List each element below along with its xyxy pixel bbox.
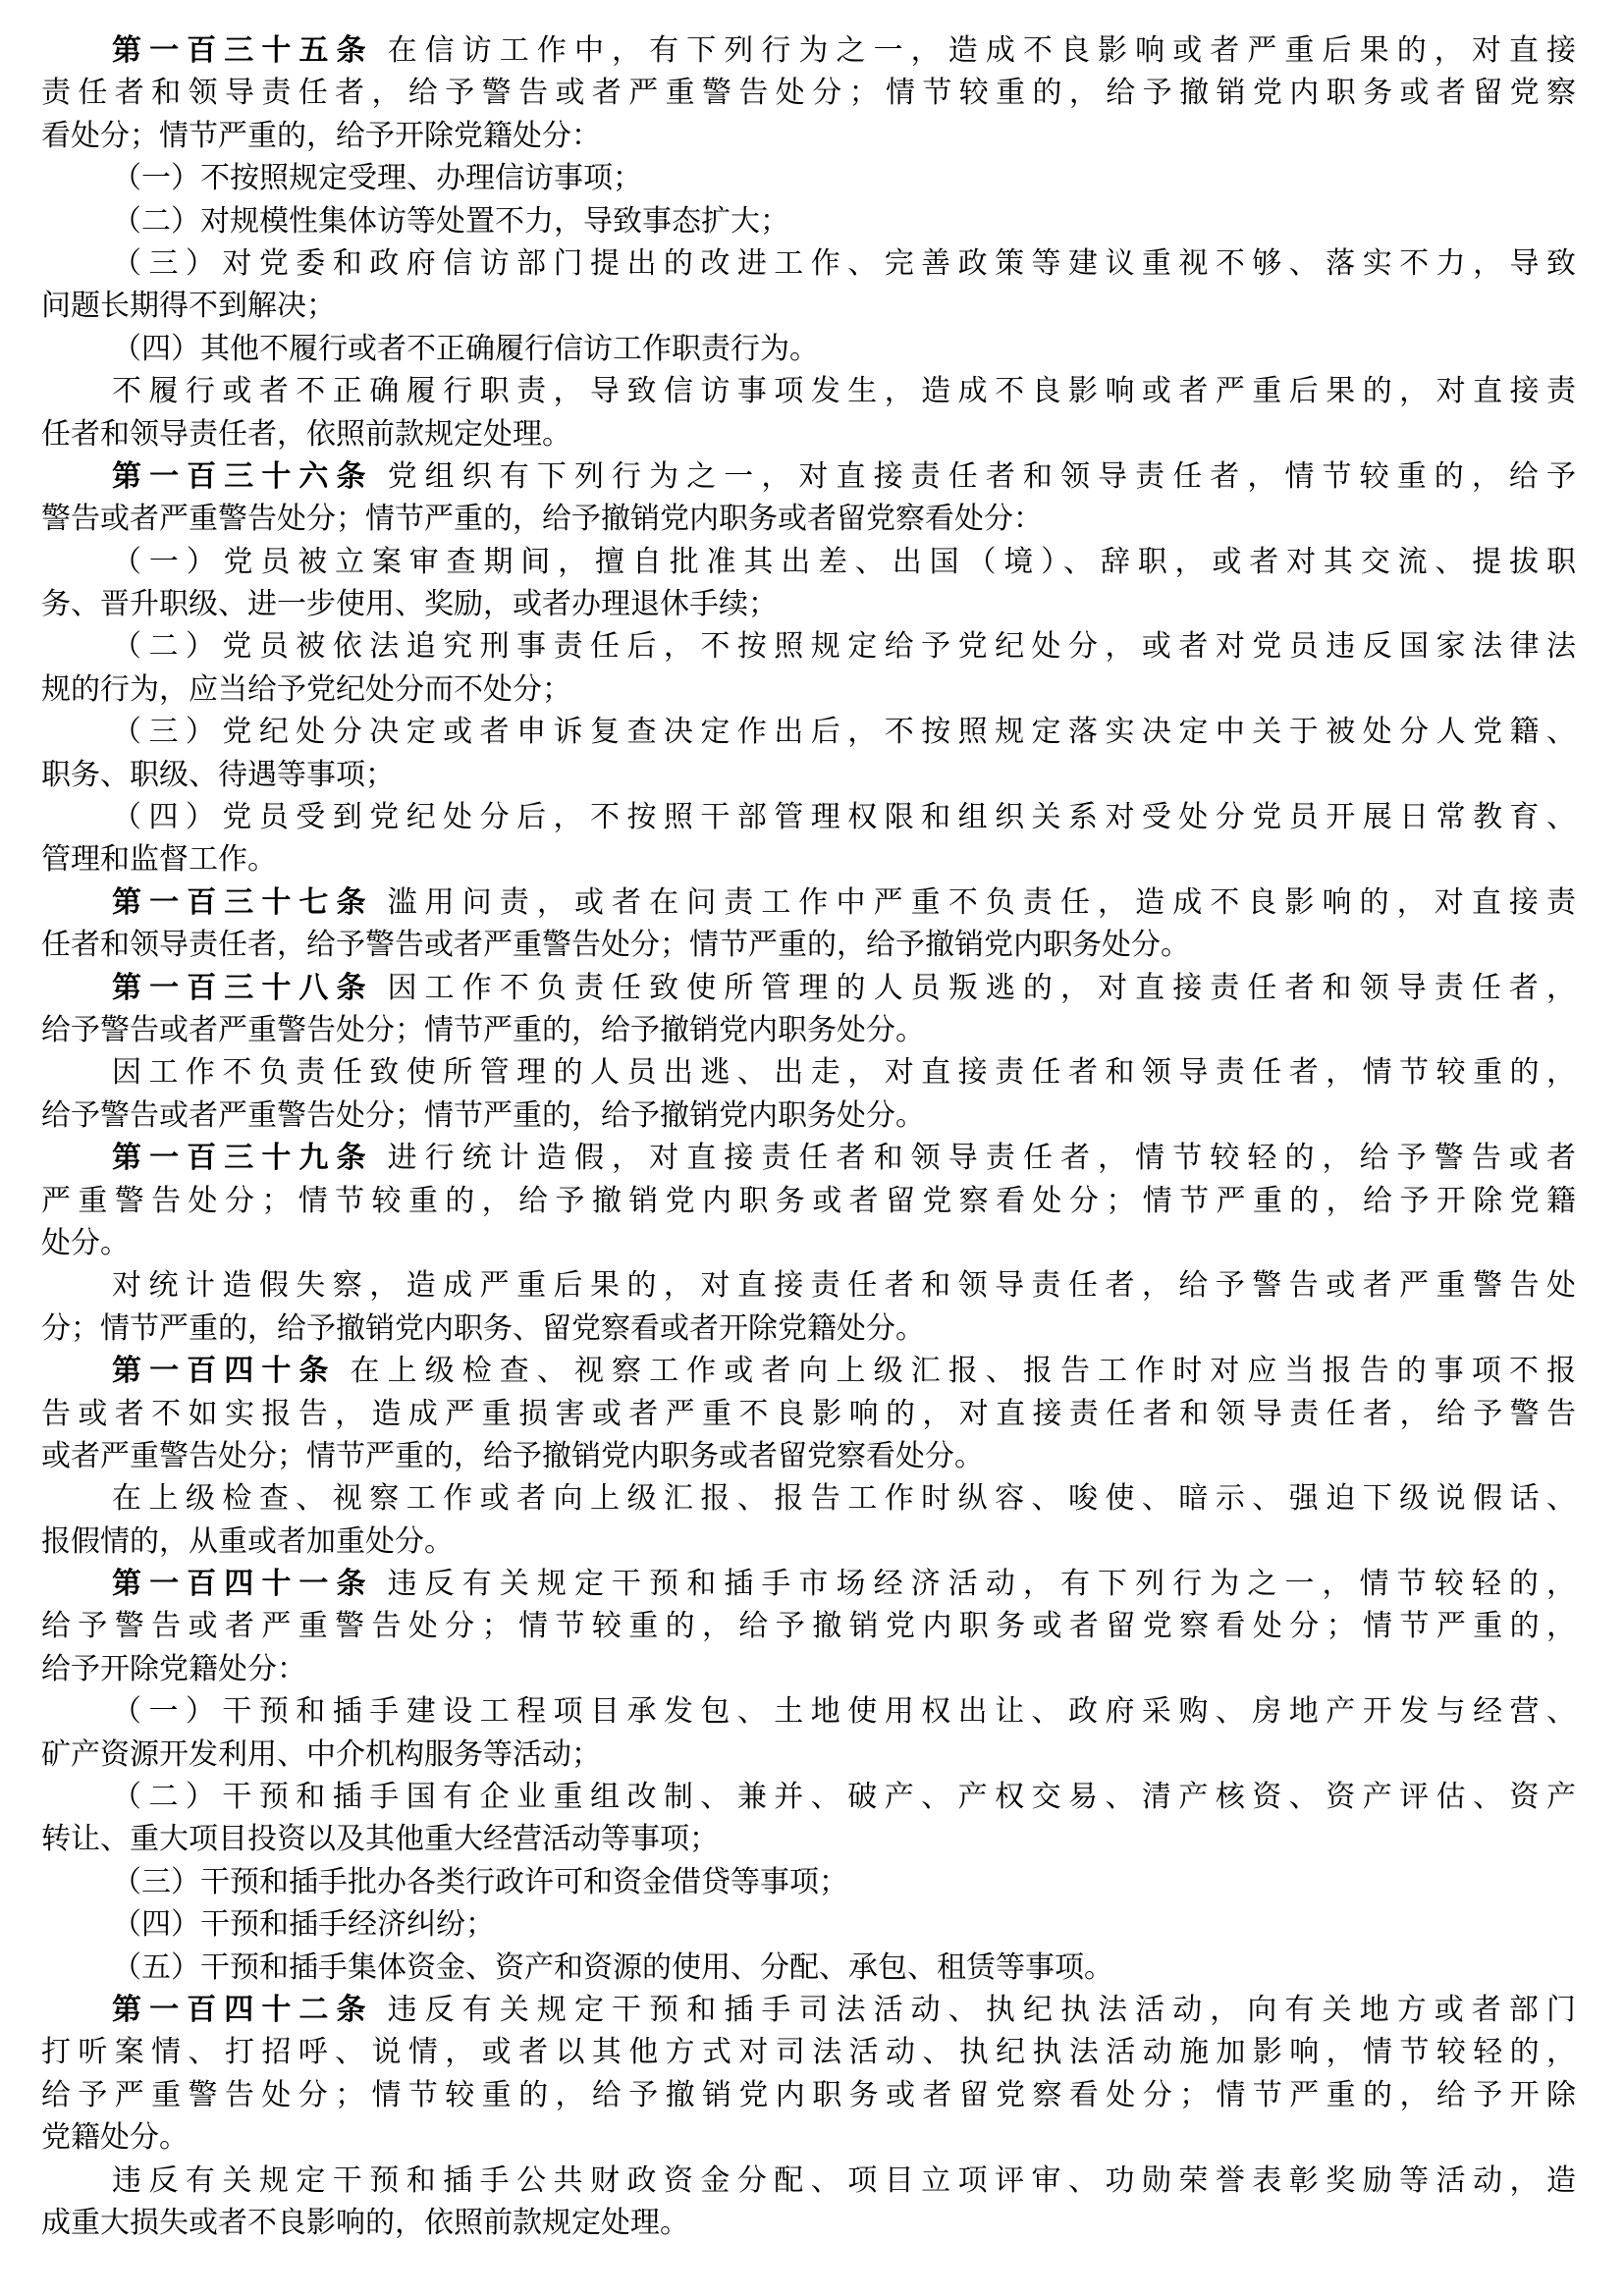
article-137: 第一百三十七条滥用问责，或者在问责工作中严重不负责任，造成不良影响的，对直接责 … bbox=[41, 881, 1576, 967]
article-142: 第一百四十二条违反有关规定干预和插手司法活动、执纪执法活动，向有关地方或者部门 … bbox=[41, 1989, 1576, 2244]
list-item: （二）党员被依法追究刑事责任后，不按照规定给予党纪处分，或者对党员违反国家法律法 bbox=[41, 625, 1576, 667]
article-text: 因工作不负责任致使所管理的人员叛逃的，对直接责任者和领导责任者， bbox=[388, 971, 1576, 1005]
paragraph-line: 管理和监督工作。 bbox=[41, 838, 1576, 881]
paragraph-line: 或者严重警告处分；情节严重的，给予撤销党内职务或者留党察看处分。 bbox=[41, 1435, 1576, 1477]
article-141: 第一百四十一条违反有关规定干预和插手市场经济活动，有下列行为之一，情节较轻的， … bbox=[41, 1563, 1576, 1989]
list-item: （三）党纪处分决定或者申诉复查决定作出后，不按照规定落实决定中关于被处分人党籍、 bbox=[41, 711, 1576, 753]
article-text: 在信访工作中，有下列行为之一，造成不良影响或者严重后果的，对直接 bbox=[388, 33, 1576, 68]
paragraph-line: 处分。 bbox=[41, 1222, 1576, 1264]
paragraph-line: 报假情的，从重或者加重处分。 bbox=[41, 1521, 1576, 1563]
paragraph-line: 务、晋升职级、进一步使用、奖励，或者办理退休手续； bbox=[41, 583, 1576, 625]
article-text: 党组织有下列行为之一，对直接责任者和领导责任者，情节较重的，给予 bbox=[388, 459, 1576, 494]
list-item: （三）对党委和政府信访部门提出的改进工作、完善政策等建议重视不够、落实不力，导致 bbox=[41, 242, 1576, 285]
list-item: （二）对规模性集体访等处置不力，导致事态扩大； bbox=[41, 200, 1576, 242]
paragraph-line: 党籍处分。 bbox=[41, 2116, 1576, 2159]
list-item: （四）其他不履行或者不正确履行信访工作职责行为。 bbox=[41, 328, 1576, 370]
paragraph-line: 分；情节严重的，给予撤销党内职务、留党察看或者开除党籍处分。 bbox=[41, 1308, 1576, 1350]
article-text: 违反有关规定干预和插手市场经济活动，有下列行为之一，情节较轻的， bbox=[388, 1567, 1576, 1601]
paragraph-line: 给予警告或者严重警告处分；情节严重的，给予撤销党内职务处分。 bbox=[41, 1009, 1576, 1051]
article-number: 第一百三十九条 bbox=[112, 1141, 374, 1175]
paragraph-line: 任者和领导责任者，给予警告或者严重警告处分；情节严重的，给予撤销党内职务处分。 bbox=[41, 924, 1576, 966]
list-item: （一）干预和插手建设工程项目承发包、土地使用权出让、政府采购、房地产开发与经营、 bbox=[41, 1690, 1576, 1733]
paragraph-line: 任者和领导责任者，依照前款规定处理。 bbox=[41, 413, 1576, 455]
article-text: 滥用问责，或者在问责工作中严重不负责任，造成不良影响的，对直接责 bbox=[388, 885, 1576, 920]
article-number: 第一百三十五条 bbox=[112, 33, 374, 68]
paragraph-line: 规的行为，应当给予党纪处分而不处分； bbox=[41, 668, 1576, 711]
paragraph-line: 告或者不如实报告，造成严重损害或者严重不良影响的，对直接责任者和领导责任者，给予… bbox=[41, 1393, 1576, 1435]
article-heading-line: 第一百三十九条进行统计造假，对直接责任者和领导责任者，情节较轻的，给予警告或者 bbox=[41, 1137, 1576, 1179]
article-text: 进行统计造假，对直接责任者和领导责任者，情节较轻的，给予警告或者 bbox=[388, 1141, 1576, 1175]
paragraph-line: 矿产资源开发利用、中介机构服务等活动； bbox=[41, 1734, 1576, 1776]
article-heading-line: 第一百四十条在上级检查、视察工作或者向上级汇报、报告工作时对应当报告的事项不报 bbox=[41, 1350, 1576, 1392]
article-136: 第一百三十六条党组织有下列行为之一，对直接责任者和领导责任者，情节较重的，给予 … bbox=[41, 455, 1576, 881]
list-item: （一）不按照规定受理、办理信访事项； bbox=[41, 157, 1576, 199]
document-page: 第一百三十五条在信访工作中，有下列行为之一，造成不良影响或者严重后果的，对直接 … bbox=[41, 29, 1576, 2244]
paragraph-line: 给予警告或者严重警告处分；情节较重的，给予撤销党内职务或者留党察看处分；情节严重… bbox=[41, 1605, 1576, 1647]
list-item: （二）干预和插手国有企业重组改制、兼并、破产、产权交易、清产核资、资产评估、资产 bbox=[41, 1776, 1576, 1818]
article-140: 第一百四十条在上级检查、视察工作或者向上级汇报、报告工作时对应当报告的事项不报 … bbox=[41, 1350, 1576, 1563]
article-number: 第一百三十八条 bbox=[112, 971, 374, 1005]
article-number: 第一百四十一条 bbox=[112, 1567, 374, 1601]
paragraph-line: 给予严重警告处分；情节较重的，给予撤销党内职务或者留党察看处分；情节严重的，给予… bbox=[41, 2074, 1576, 2116]
list-item: （四）干预和插手经济纠纷； bbox=[41, 1903, 1576, 1946]
paragraph-line: 在上级检查、视察工作或者向上级汇报、报告工作时纵容、唆使、暗示、强迫下级说假话、 bbox=[41, 1477, 1576, 1520]
article-number: 第一百三十七条 bbox=[112, 885, 374, 920]
paragraph-line: 职务、职级、待遇等事项； bbox=[41, 754, 1576, 796]
paragraph-line: 不履行或者不正确履行职责，导致信访事项发生，造成不良影响或者严重后果的，对直接责 bbox=[41, 370, 1576, 412]
article-text: 违反有关规定干预和插手司法活动、执纪执法活动，向有关地方或者部门 bbox=[388, 1993, 1576, 2027]
article-138: 第一百三十八条因工作不负责任致使所管理的人员叛逃的，对直接责任者和领导责任者， … bbox=[41, 967, 1576, 1138]
paragraph-line: 转让、重大项目投资以及其他重大经营活动等事项； bbox=[41, 1818, 1576, 1860]
list-item: （一）党员被立案审查期间，擅自批准其出差、出国（境）、辞职，或者对其交流、提拔职 bbox=[41, 541, 1576, 583]
list-item: （三）干预和插手批办各类行政许可和资金借贷等事项； bbox=[41, 1861, 1576, 1903]
article-heading-line: 第一百三十六条党组织有下列行为之一，对直接责任者和领导责任者，情节较重的，给予 bbox=[41, 455, 1576, 498]
article-heading-line: 第一百三十五条在信访工作中，有下列行为之一，造成不良影响或者严重后果的，对直接 bbox=[41, 29, 1576, 72]
paragraph-line: 责任者和领导责任者，给予警告或者严重警告处分；情节较重的，给予撤销党内职务或者留… bbox=[41, 72, 1576, 114]
paragraph-line: 问题长期得不到解决； bbox=[41, 285, 1576, 327]
article-heading-line: 第一百三十七条滥用问责，或者在问责工作中严重不负责任，造成不良影响的，对直接责 bbox=[41, 881, 1576, 924]
article-text: 在上级检查、视察工作或者向上级汇报、报告工作时对应当报告的事项不报 bbox=[350, 1354, 1576, 1388]
paragraph-line: 警告或者严重警告处分；情节严重的，给予撤销党内职务或者留党察看处分： bbox=[41, 498, 1576, 540]
article-number: 第一百三十六条 bbox=[112, 459, 374, 494]
article-heading-line: 第一百四十二条违反有关规定干预和插手司法活动、执纪执法活动，向有关地方或者部门 bbox=[41, 1989, 1576, 2031]
article-heading-line: 第一百四十一条违反有关规定干预和插手市场经济活动，有下列行为之一，情节较轻的， bbox=[41, 1563, 1576, 1605]
article-135: 第一百三十五条在信访工作中，有下列行为之一，造成不良影响或者严重后果的，对直接 … bbox=[41, 29, 1576, 455]
list-item: （四）党员受到党纪处分后，不按照干部管理权限和组织关系对受处分党员开展日常教育、 bbox=[41, 796, 1576, 838]
paragraph-line: 看处分；情节严重的，给予开除党籍处分： bbox=[41, 115, 1576, 157]
paragraph-line: 打听案情、打招呼、说情，或者以其他方式对司法活动、执纪执法活动施加影响，情节较轻… bbox=[41, 2031, 1576, 2073]
article-number: 第一百四十条 bbox=[112, 1354, 336, 1388]
article-number: 第一百四十二条 bbox=[112, 1993, 374, 2027]
paragraph-line: 严重警告处分；情节较重的，给予撤销党内职务或者留党察看处分；情节严重的，给予开除… bbox=[41, 1180, 1576, 1222]
article-heading-line: 第一百三十八条因工作不负责任致使所管理的人员叛逃的，对直接责任者和领导责任者， bbox=[41, 967, 1576, 1009]
paragraph-line: 因工作不负责任致使所管理的人员出逃、出走，对直接责任者和领导责任者，情节较重的， bbox=[41, 1051, 1576, 1094]
paragraph-line: 给予警告或者严重警告处分；情节严重的，给予撤销党内职务处分。 bbox=[41, 1095, 1576, 1137]
paragraph-line: 违反有关规定干预和插手公共财政资金分配、项目立项评审、功勋荣誉表彰奖励等活动，造 bbox=[41, 2160, 1576, 2202]
paragraph-line: 成重大损失或者不良影响的，依照前款规定处理。 bbox=[41, 2202, 1576, 2244]
paragraph-line: 给予开除党籍处分： bbox=[41, 1648, 1576, 1690]
article-139: 第一百三十九条进行统计造假，对直接责任者和领导责任者，情节较轻的，给予警告或者 … bbox=[41, 1137, 1576, 1350]
list-item: （五）干预和插手集体资金、资产和资源的使用、分配、承包、租赁等事项。 bbox=[41, 1947, 1576, 1989]
paragraph-line: 对统计造假失察，造成严重后果的，对直接责任者和领导责任者，给予警告或者严重警告处 bbox=[41, 1264, 1576, 1307]
